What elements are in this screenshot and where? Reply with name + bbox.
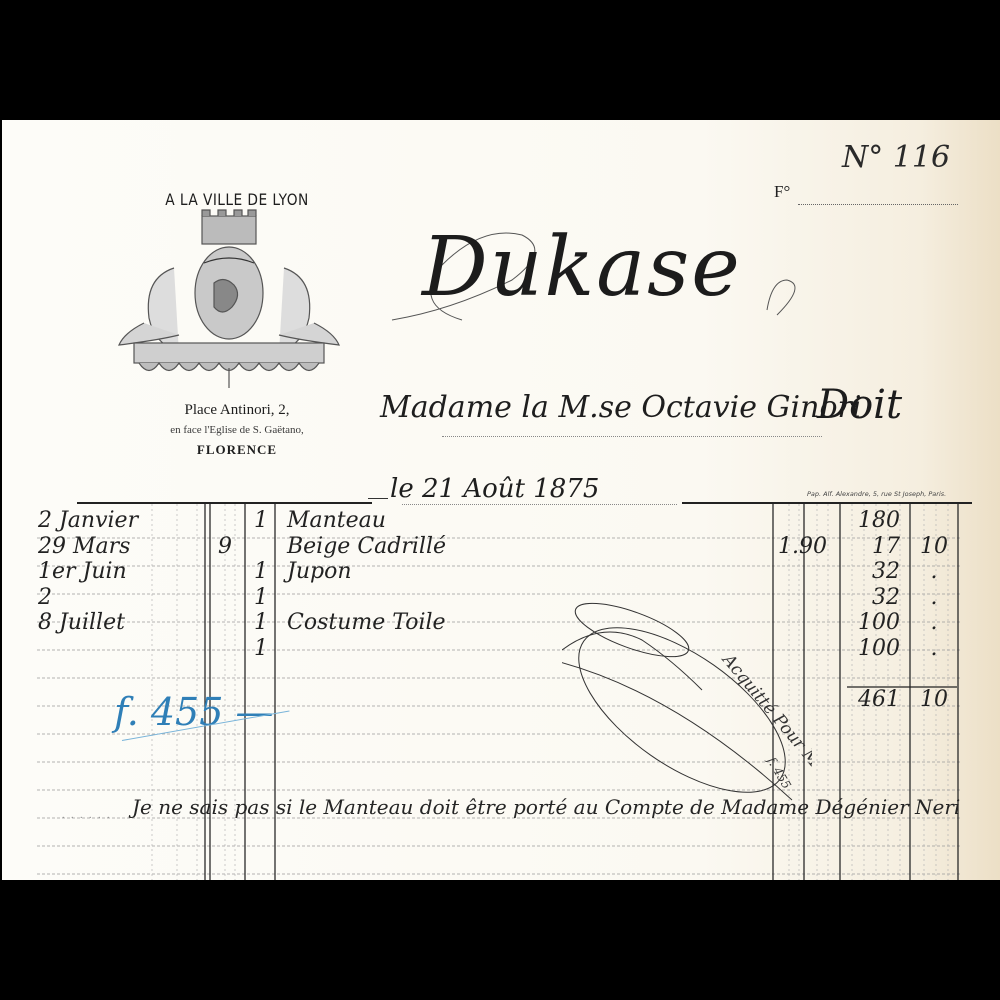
total-amount: 461: [840, 687, 900, 712]
row-description: Beige Cadrillé: [287, 534, 446, 559]
row-description: Manteau: [287, 508, 386, 533]
row-description: Costume Toile: [287, 610, 446, 635]
row-cents: .: [914, 559, 954, 584]
row-amount: 32: [840, 559, 900, 584]
row-cents: 10: [914, 534, 954, 559]
invoice-number: N° 116: [842, 140, 950, 175]
date-dash: [368, 498, 388, 499]
row-cents: .: [914, 610, 954, 635]
svg-text:f. 455: f. 455: [764, 754, 794, 792]
row-amount: 32: [840, 585, 900, 610]
row-date: 29 Mars: [38, 534, 130, 559]
shop-city: FLORENCE: [142, 442, 332, 458]
row-amount: 180: [840, 508, 900, 533]
addressee-line: [442, 436, 822, 437]
row-qty: 1: [246, 636, 276, 661]
row-qty: 1: [246, 585, 276, 610]
shop-name: A LA VILLE DE LYON: [155, 190, 318, 209]
row-date: 8 Juillet: [38, 610, 125, 635]
printer-credit: Pap. Alf. Alexandre, 5, rue St Joseph, P…: [807, 490, 946, 498]
total-cents: 10: [914, 687, 954, 712]
row-amount: 100: [840, 636, 900, 661]
footnote-dots: . . . . . .: [62, 810, 112, 821]
shop-address: Place Antinori, 2,: [142, 402, 332, 419]
row-qty: 1: [246, 610, 276, 635]
row-qty: 1: [246, 508, 276, 533]
signature: Acquitté Pour Mme Dukase f. 455: [562, 590, 812, 810]
folio-line: [798, 204, 958, 205]
row-unit-price: 1.90: [778, 534, 827, 559]
row-cents: .: [914, 636, 954, 661]
date-line: [402, 504, 677, 505]
coat-of-arms-icon: [114, 208, 344, 393]
row-date: 2: [38, 585, 52, 610]
row-amount: 100: [840, 610, 900, 635]
row-date: 2 Janvier: [38, 508, 138, 533]
header-rule-left: [77, 502, 372, 504]
row-description: Jupon: [287, 559, 352, 584]
svg-text:Acquitté Pour Mme Dukase: Acquitté Pour Mme Dukase: [717, 649, 812, 810]
addressee: Madame la M.se Octavie Ginori: [380, 390, 861, 425]
row-cents: .: [914, 585, 954, 610]
row-amount: 17: [840, 534, 900, 559]
doit-label: Doit: [817, 382, 902, 428]
row-qty: 1: [246, 559, 276, 584]
header-rule-right: [682, 502, 972, 504]
invoice-paper: A LA VILLE DE LYON Place Antinori, 2, en…: [2, 120, 1000, 880]
footnote: Je ne sais pas si le Manteau doit être p…: [132, 795, 960, 819]
row-qty-left: 9: [210, 534, 240, 559]
invoice-date: le 21 Août 1875: [390, 474, 599, 504]
shop-address-detail: en face l'Eglise de S. Gaëtano,: [132, 424, 342, 436]
merchant-name: Dukase: [422, 220, 742, 315]
row-date: 1er Juin: [38, 559, 127, 584]
folio-label: F°: [774, 182, 790, 202]
